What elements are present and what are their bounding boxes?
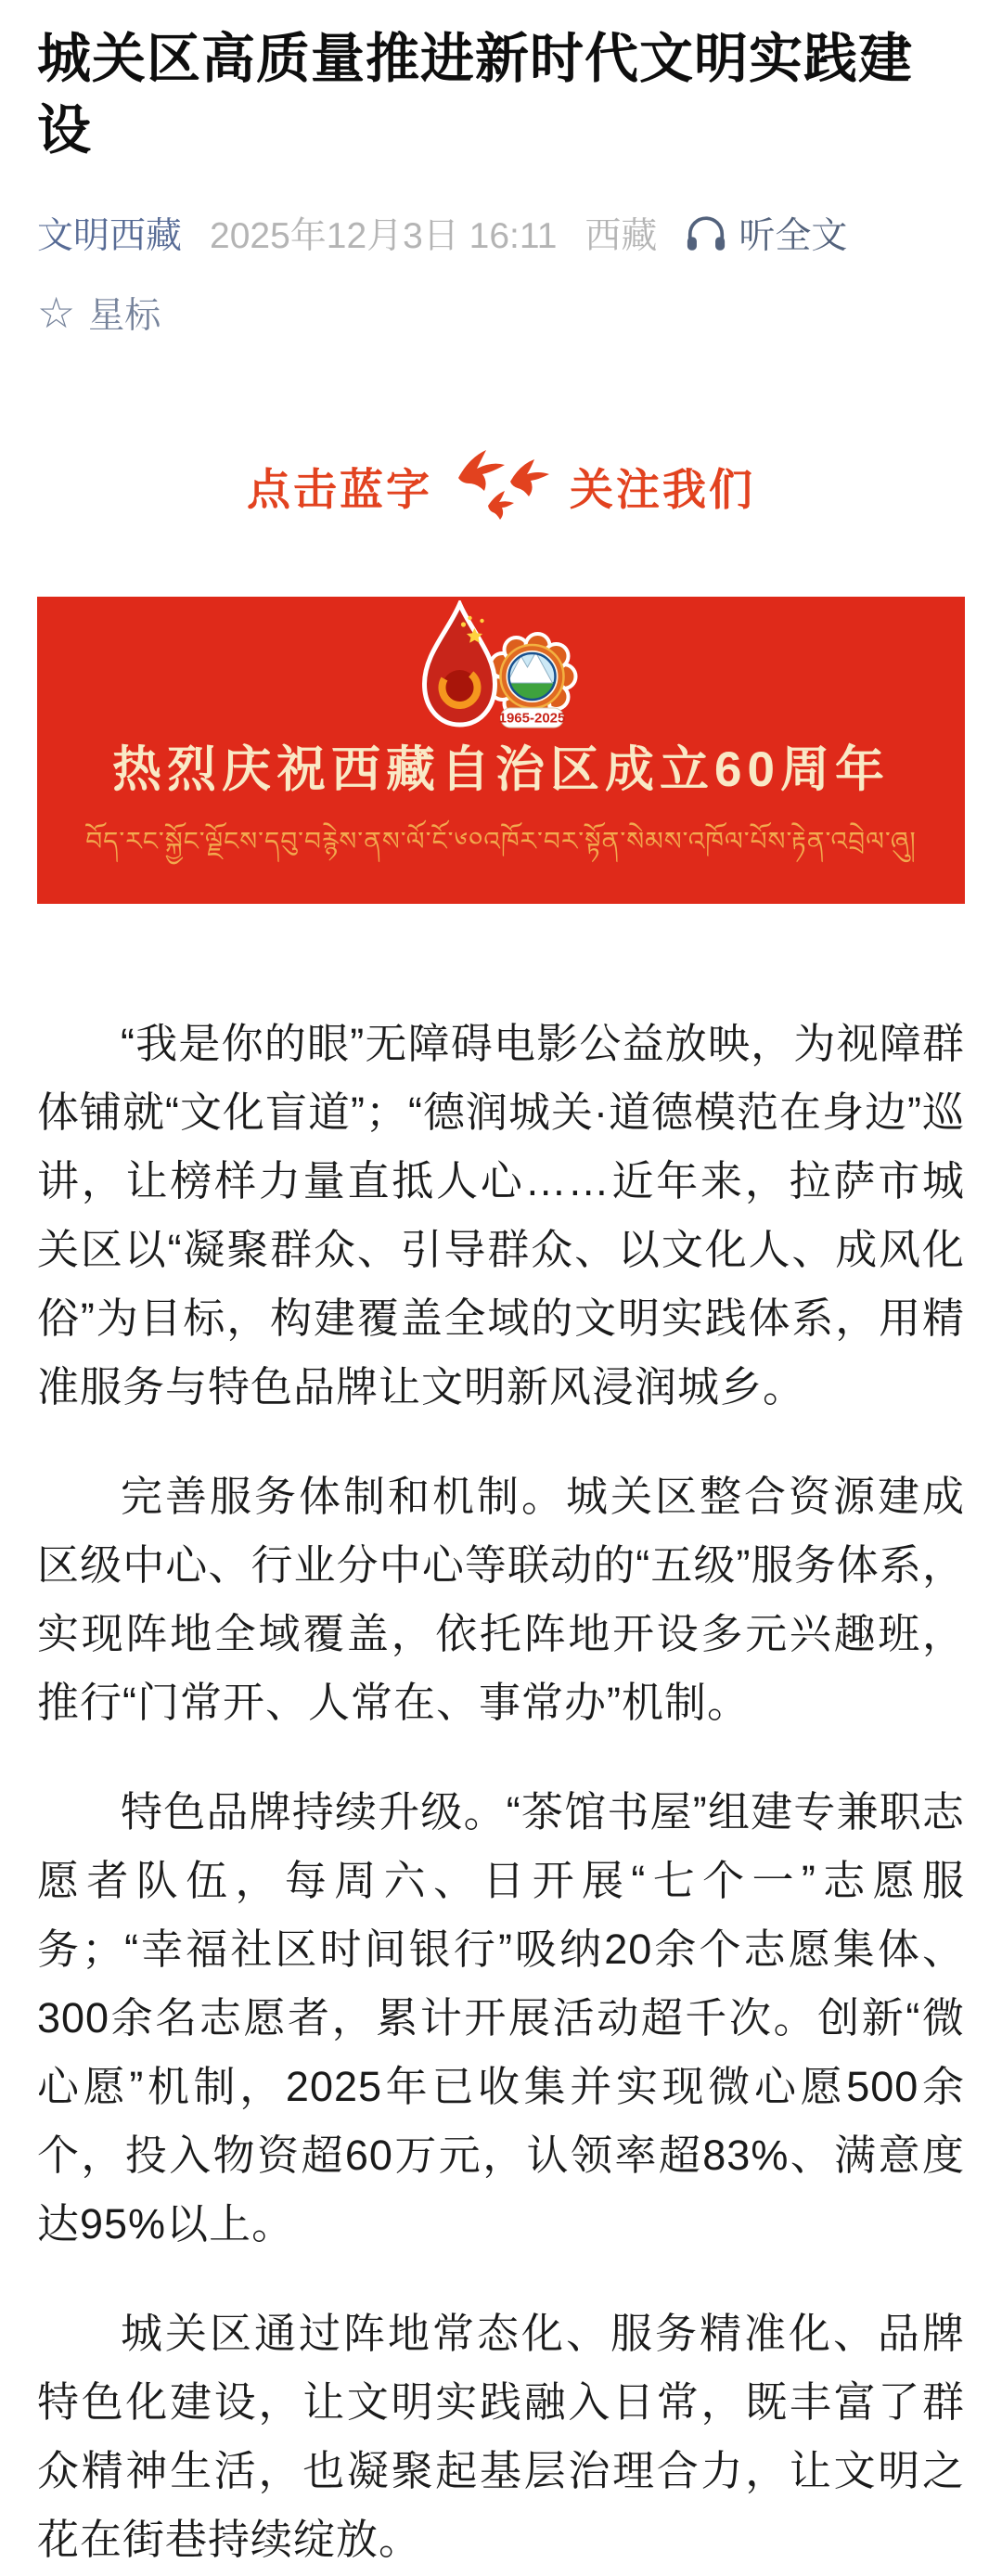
- article-page: 城关区高质量推进新时代文明实践建设 文明西藏 2025年12月3日 16:11 …: [0, 0, 1002, 2574]
- star-button[interactable]: ☆ 星标: [37, 287, 161, 339]
- banner-headline: 热烈庆祝西藏自治区成立60周年: [46, 730, 956, 801]
- paragraph: 完善服务体制和机制。城关区整合资源建成区级中心、行业分中心等联动的“五级”服务体…: [37, 1462, 965, 1737]
- publish-location: 西藏: [584, 207, 657, 259]
- star-label: 星标: [88, 287, 161, 339]
- listen-full-text-button[interactable]: 听全文: [685, 207, 847, 259]
- paragraph: “我是你的眼”无障碍电影公益放映，为视障群体铺就“文化盲道”；“德润城关·道德模…: [37, 1010, 965, 1422]
- paragraph: 城关区通过阵地常态化、服务精准化、品牌特色化建设，让文明实践融入日常，既丰富了群…: [37, 2299, 965, 2574]
- logo-years-text: 1965-2025: [498, 711, 565, 727]
- meta-row: 文明西藏 2025年12月3日 16:11 西藏 听全文: [37, 207, 965, 259]
- paragraph: 特色品牌持续升级。“茶馆书屋”组建专兼职志愿者队伍，每周六、日开展“七个一”志愿…: [37, 1778, 965, 2259]
- cta-right-text: 关注我们: [570, 456, 755, 518]
- logo-years-ribbon: 1965-2025: [498, 708, 565, 728]
- listen-label: 听全文: [739, 207, 847, 259]
- headphones-icon: [685, 213, 727, 253]
- logo-zero-flower: [490, 634, 575, 719]
- publish-date: 2025年12月3日 16:11: [210, 207, 557, 259]
- anniversary-banner: 1965-2025 热烈庆祝西藏自治区成立60周年 བོད་རང་སྐྱོང་ལ…: [37, 597, 965, 904]
- logo-six-flame: [424, 604, 495, 725]
- article-title: 城关区高质量推进新时代文明实践建设: [37, 24, 965, 166]
- banner-tibetan-text: བོད་རང་སྐྱོང་ལྗོངས་དབུ་བརྙེས་ནས་ལོ་ངོ་༦༠…: [46, 812, 956, 885]
- star-row: ☆ 星标: [37, 287, 965, 339]
- account-link[interactable]: 文明西藏: [37, 207, 182, 259]
- star-icon: ☆: [37, 291, 75, 334]
- anniversary-60-logo: 1965-2025: [46, 600, 956, 730]
- article-body: “我是你的眼”无障碍电影公益放映，为视障群体铺就“文化盲道”；“德润城关·道德模…: [37, 1010, 965, 2574]
- doves-icon: [445, 435, 557, 537]
- follow-cta: 点击蓝字 关注我们: [37, 435, 965, 537]
- cta-left-text: 点击蓝字: [247, 456, 432, 518]
